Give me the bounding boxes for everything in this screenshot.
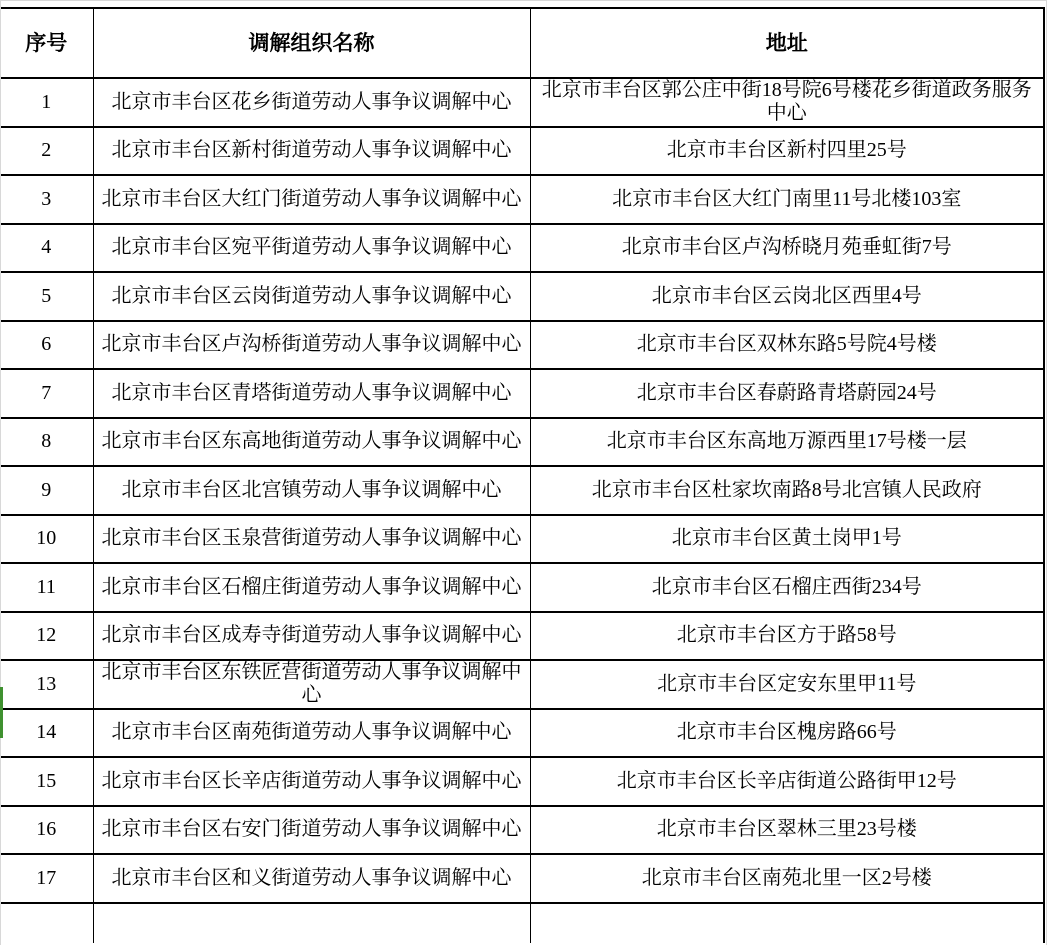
table-row: 16 北京市丰台区右安门街道劳动人事争议调解中心 北京市丰台区翠林三里23号楼 <box>0 806 1044 855</box>
org-name[interactable]: 北京市丰台区玉泉营街道劳动人事争议调解中心 <box>93 515 530 564</box>
sheet-gridline-top <box>0 0 1047 1</box>
org-address[interactable]: 北京市丰台区黄土岗甲1号 <box>530 515 1044 564</box>
row-number[interactable]: 1 <box>0 78 93 127</box>
org-name[interactable]: 北京市丰台区卢沟桥街道劳动人事争议调解中心 <box>93 321 530 370</box>
table-row: 14 北京市丰台区南苑街道劳动人事争议调解中心 北京市丰台区槐房路66号 <box>0 709 1044 758</box>
partial-cell-index <box>0 903 93 943</box>
org-name[interactable]: 北京市丰台区右安门街道劳动人事争议调解中心 <box>93 806 530 855</box>
row-number[interactable]: 13 <box>0 660 93 709</box>
header-row: 序号 调解组织名称 地址 <box>0 8 1044 78</box>
row-number[interactable]: 16 <box>0 806 93 855</box>
row-number[interactable]: 15 <box>0 757 93 806</box>
org-name[interactable]: 北京市丰台区新村街道劳动人事争议调解中心 <box>93 127 530 176</box>
table-row: 2 北京市丰台区新村街道劳动人事争议调解中心 北京市丰台区新村四里25号 <box>0 127 1044 176</box>
active-row-marker <box>0 687 3 738</box>
row-number[interactable]: 2 <box>0 127 93 176</box>
org-address[interactable]: 北京市丰台区大红门南里11号北楼103室 <box>530 175 1044 224</box>
table-row: 8 北京市丰台区东高地街道劳动人事争议调解中心 北京市丰台区东高地万源西里17号… <box>0 418 1044 467</box>
table-row: 7 北京市丰台区青塔街道劳动人事争议调解中心 北京市丰台区春蔚路青塔蔚园24号 <box>0 369 1044 418</box>
table-row: 15 北京市丰台区长辛店街道劳动人事争议调解中心 北京市丰台区长辛店街道公路街甲… <box>0 757 1044 806</box>
org-name[interactable]: 北京市丰台区青塔街道劳动人事争议调解中心 <box>93 369 530 418</box>
table-row: 4 北京市丰台区宛平街道劳动人事争议调解中心 北京市丰台区卢沟桥晓月苑垂虹街7号 <box>0 224 1044 273</box>
org-address[interactable]: 北京市丰台区新村四里25号 <box>530 127 1044 176</box>
org-address[interactable]: 北京市丰台区槐房路66号 <box>530 709 1044 758</box>
row-number[interactable]: 10 <box>0 515 93 564</box>
org-address[interactable]: 北京市丰台区双林东路5号院4号楼 <box>530 321 1044 370</box>
row-number[interactable]: 3 <box>0 175 93 224</box>
table-row: 13 北京市丰台区东铁匠营街道劳动人事争议调解中心 北京市丰台区定安东里甲11号 <box>0 660 1044 709</box>
row-number[interactable]: 6 <box>0 321 93 370</box>
org-name[interactable]: 北京市丰台区长辛店街道劳动人事争议调解中心 <box>93 757 530 806</box>
org-address[interactable]: 北京市丰台区郭公庄中街18号院6号楼花乡街道政务服务中心 <box>530 78 1044 127</box>
org-address[interactable]: 北京市丰台区东高地万源西里17号楼一层 <box>530 418 1044 467</box>
row-number[interactable]: 4 <box>0 224 93 273</box>
table-body: 1 北京市丰台区花乡街道劳动人事争议调解中心 北京市丰台区郭公庄中街18号院6号… <box>0 78 1044 903</box>
col-header-index[interactable]: 序号 <box>0 8 93 78</box>
org-address[interactable]: 北京市丰台区石榴庄西街234号 <box>530 563 1044 612</box>
row-number[interactable]: 12 <box>0 612 93 661</box>
table-row: 9 北京市丰台区北宫镇劳动人事争议调解中心 北京市丰台区杜家坎南路8号北宫镇人民… <box>0 466 1044 515</box>
org-name[interactable]: 北京市丰台区花乡街道劳动人事争议调解中心 <box>93 78 530 127</box>
org-name[interactable]: 北京市丰台区大红门街道劳动人事争议调解中心 <box>93 175 530 224</box>
row-number[interactable]: 8 <box>0 418 93 467</box>
org-address[interactable]: 北京市丰台区南苑北里一区2号楼 <box>530 854 1044 903</box>
org-name[interactable]: 北京市丰台区石榴庄街道劳动人事争议调解中心 <box>93 563 530 612</box>
org-name[interactable]: 北京市丰台区和义街道劳动人事争议调解中心 <box>93 854 530 903</box>
col-header-org-name[interactable]: 调解组织名称 <box>93 8 530 78</box>
table-row: 1 北京市丰台区花乡街道劳动人事争议调解中心 北京市丰台区郭公庄中街18号院6号… <box>0 78 1044 127</box>
sheet-gridline-left <box>0 0 1 945</box>
org-address[interactable]: 北京市丰台区长辛店街道公路街甲12号 <box>530 757 1044 806</box>
partial-cell-address <box>530 903 1044 943</box>
row-number[interactable]: 7 <box>0 369 93 418</box>
row-number[interactable]: 5 <box>0 272 93 321</box>
table-row: 17 北京市丰台区和义街道劳动人事争议调解中心 北京市丰台区南苑北里一区2号楼 <box>0 854 1044 903</box>
org-name[interactable]: 北京市丰台区宛平街道劳动人事争议调解中心 <box>93 224 530 273</box>
org-name[interactable]: 北京市丰台区东高地街道劳动人事争议调解中心 <box>93 418 530 467</box>
org-name[interactable]: 北京市丰台区云岗街道劳动人事争议调解中心 <box>93 272 530 321</box>
org-name[interactable]: 北京市丰台区北宫镇劳动人事争议调解中心 <box>93 466 530 515</box>
partial-cell-name <box>93 903 530 943</box>
table-row: 10 北京市丰台区玉泉营街道劳动人事争议调解中心 北京市丰台区黄土岗甲1号 <box>0 515 1044 564</box>
table-row: 12 北京市丰台区成寿寺街道劳动人事争议调解中心 北京市丰台区方于路58号 <box>0 612 1044 661</box>
org-address[interactable]: 北京市丰台区卢沟桥晓月苑垂虹街7号 <box>530 224 1044 273</box>
org-address[interactable]: 北京市丰台区方于路58号 <box>530 612 1044 661</box>
org-address[interactable]: 北京市丰台区定安东里甲11号 <box>530 660 1044 709</box>
table-row: 3 北京市丰台区大红门街道劳动人事争议调解中心 北京市丰台区大红门南里11号北楼… <box>0 175 1044 224</box>
row-number[interactable]: 9 <box>0 466 93 515</box>
org-name[interactable]: 北京市丰台区东铁匠营街道劳动人事争议调解中心 <box>93 660 530 709</box>
org-address[interactable]: 北京市丰台区云岗北区西里4号 <box>530 272 1044 321</box>
org-address[interactable]: 北京市丰台区杜家坎南路8号北宫镇人民政府 <box>530 466 1044 515</box>
org-name[interactable]: 北京市丰台区成寿寺街道劳动人事争议调解中心 <box>93 612 530 661</box>
row-number[interactable]: 17 <box>0 854 93 903</box>
table-row: 6 北京市丰台区卢沟桥街道劳动人事争议调解中心 北京市丰台区双林东路5号院4号楼 <box>0 321 1044 370</box>
row-number[interactable]: 14 <box>0 709 93 758</box>
org-address[interactable]: 北京市丰台区翠林三里23号楼 <box>530 806 1044 855</box>
row-number[interactable]: 11 <box>0 563 93 612</box>
mediation-orgs-table: 序号 调解组织名称 地址 1 北京市丰台区花乡街道劳动人事争议调解中心 北京市丰… <box>0 7 1045 943</box>
org-address[interactable]: 北京市丰台区春蔚路青塔蔚园24号 <box>530 369 1044 418</box>
partial-next-row <box>0 903 1044 943</box>
table-row: 5 北京市丰台区云岗街道劳动人事争议调解中心 北京市丰台区云岗北区西里4号 <box>0 272 1044 321</box>
table-row: 11 北京市丰台区石榴庄街道劳动人事争议调解中心 北京市丰台区石榴庄西街234号 <box>0 563 1044 612</box>
col-header-address[interactable]: 地址 <box>530 8 1044 78</box>
org-name[interactable]: 北京市丰台区南苑街道劳动人事争议调解中心 <box>93 709 530 758</box>
